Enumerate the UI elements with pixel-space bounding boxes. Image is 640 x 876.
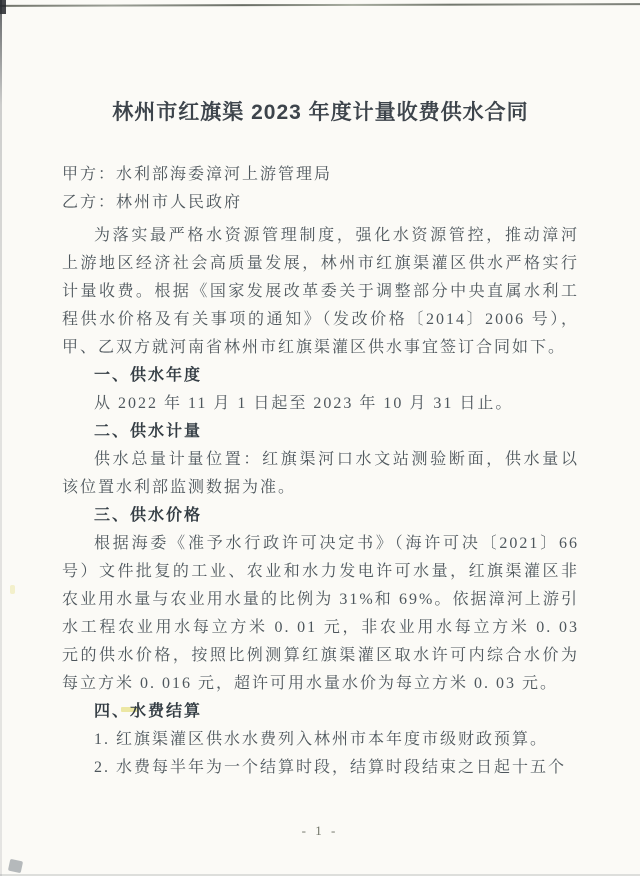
page-number: - 1 -	[0, 822, 640, 840]
scan-left-edge-artifact	[0, 0, 2, 876]
section-4-item-1: 1. 红旗渠灌区供水水费列入林州市本年度市级财政预算。	[62, 726, 579, 754]
section-4-item-2: 2. 水费每半年为一个结算时段，结算时段结束之日起十五个	[62, 754, 579, 782]
section-3-paragraph: 根据海委《准予水行政许可决定书》（海许可决〔2021〕66 号）文件批复的工业、…	[62, 530, 579, 698]
party-a-line: 甲方：水利部海委漳河上游管理局	[62, 161, 579, 189]
party-b-line: 乙方：林州市人民政府	[62, 189, 579, 217]
section-3-heading: 三、供水价格	[62, 502, 579, 530]
scan-bottom-left-mark-artifact	[8, 859, 23, 873]
scan-top-edge-artifact	[0, 3, 640, 7]
document-body: 林州市红旗渠 2023 年度计量收费供水合同 甲方：水利部海委漳河上游管理局 乙…	[62, 92, 579, 782]
section-2-paragraph: 供水总量计量位置：红旗渠河口水文站测验断面，供水量以该位置水利部监测数据为准。	[62, 446, 579, 502]
section-1-paragraph: 从 2022 年 11 月 1 日起至 2023 年 10 月 31 日止。	[62, 390, 579, 418]
document-title: 林州市红旗渠 2023 年度计量收费供水合同	[62, 98, 579, 128]
section-1-heading: 一、供水年度	[62, 362, 579, 390]
intro-paragraph: 为落实最严格水资源管理制度，强化水资源管控，推动漳河上游地区经济社会高质量发展，…	[62, 222, 579, 362]
section-4-heading: 四、水费结算	[62, 698, 579, 726]
yellow-margin-dot	[10, 585, 15, 594]
section-2-heading: 二、供水计量	[62, 418, 579, 446]
scanned-contract-page: 林州市红旗渠 2023 年度计量收费供水合同 甲方：水利部海委漳河上游管理局 乙…	[0, 0, 640, 876]
parties-block: 甲方：水利部海委漳河上游管理局 乙方：林州市人民政府	[62, 161, 579, 217]
